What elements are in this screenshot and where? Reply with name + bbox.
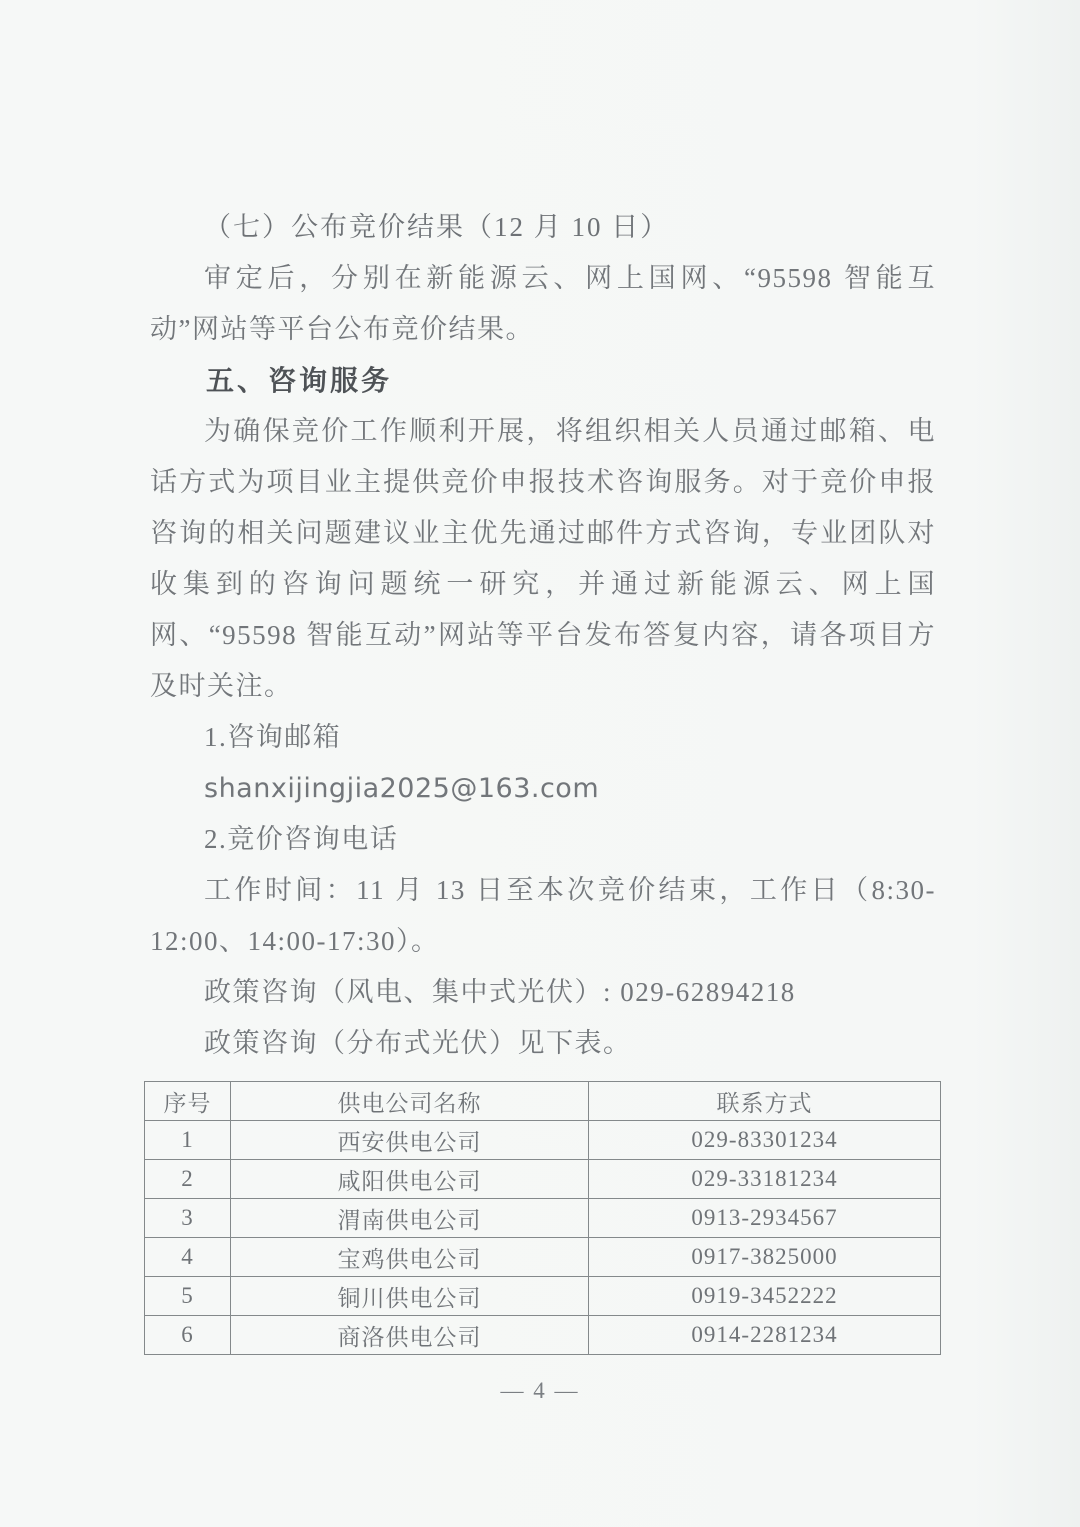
cell-company: 商洛供电公司 [231, 1316, 589, 1355]
section-heading-consult-service: 五、咨询服务 [150, 355, 936, 406]
paragraph-consult-service: 为确保竞价工作顺利开展，将组织相关人员通过邮箱、电话方式为项目业主提供竞价申报技… [150, 406, 936, 712]
item-label-consult-email: 1.咨询邮箱 [150, 712, 936, 763]
cell-index: 3 [145, 1199, 231, 1238]
cell-index: 2 [145, 1160, 231, 1199]
table-header-row: 序号 供电公司名称 联系方式 [145, 1082, 941, 1121]
section-heading-publish-results: （七）公布竞价结果（12 月 10 日） [150, 202, 936, 253]
cell-index: 6 [145, 1316, 231, 1355]
paragraph-work-time: 工作时间：11 月 13 日至本次竞价结束，工作日（8:30-12:00、14:… [150, 865, 936, 967]
cell-phone: 0914-2281234 [589, 1316, 941, 1355]
line-policy-consult-pv: 政策咨询（分布式光伏）见下表。 [150, 1018, 936, 1069]
table-header-company: 供电公司名称 [231, 1082, 589, 1121]
table-row: 1 西安供电公司 029-83301234 [145, 1121, 941, 1160]
contact-table: 序号 供电公司名称 联系方式 1 西安供电公司 029-83301234 2 咸… [144, 1081, 941, 1355]
cell-phone: 0913-2934567 [589, 1199, 941, 1238]
cell-company: 渭南供电公司 [231, 1199, 589, 1238]
cell-company: 西安供电公司 [231, 1121, 589, 1160]
page-number: — 4 — [0, 1378, 1080, 1404]
document-page: （七）公布竞价结果（12 月 10 日） 审定后，分别在新能源云、网上国网、“9… [0, 0, 1080, 1527]
cell-phone: 0917-3825000 [589, 1238, 941, 1277]
item-label-consult-phone: 2.竞价咨询电话 [150, 814, 936, 865]
table-row: 6 商洛供电公司 0914-2281234 [145, 1316, 941, 1355]
cell-phone: 029-33181234 [589, 1160, 941, 1199]
cell-company: 铜川供电公司 [231, 1277, 589, 1316]
cell-company: 宝鸡供电公司 [231, 1238, 589, 1277]
paragraph-publish-results: 审定后，分别在新能源云、网上国网、“95598 智能互动”网站等平台公布竞价结果… [150, 253, 936, 355]
line-policy-consult-wind: 政策咨询（风电、集中式光伏）: 029-62894218 [150, 967, 936, 1018]
table-row: 4 宝鸡供电公司 0917-3825000 [145, 1238, 941, 1277]
consult-email-address: shanxijingjia2025@163.com [150, 763, 936, 814]
table-row: 3 渭南供电公司 0913-2934567 [145, 1199, 941, 1238]
table-row: 2 咸阳供电公司 029-33181234 [145, 1160, 941, 1199]
cell-phone: 0919-3452222 [589, 1277, 941, 1316]
table-row: 5 铜川供电公司 0919-3452222 [145, 1277, 941, 1316]
cell-company: 咸阳供电公司 [231, 1160, 589, 1199]
table-header-contact: 联系方式 [589, 1082, 941, 1121]
cell-index: 5 [145, 1277, 231, 1316]
cell-index: 1 [145, 1121, 231, 1160]
cell-phone: 029-83301234 [589, 1121, 941, 1160]
document-content: （七）公布竞价结果（12 月 10 日） 审定后，分别在新能源云、网上国网、“9… [150, 202, 936, 1355]
cell-index: 4 [145, 1238, 231, 1277]
table-header-index: 序号 [145, 1082, 231, 1121]
